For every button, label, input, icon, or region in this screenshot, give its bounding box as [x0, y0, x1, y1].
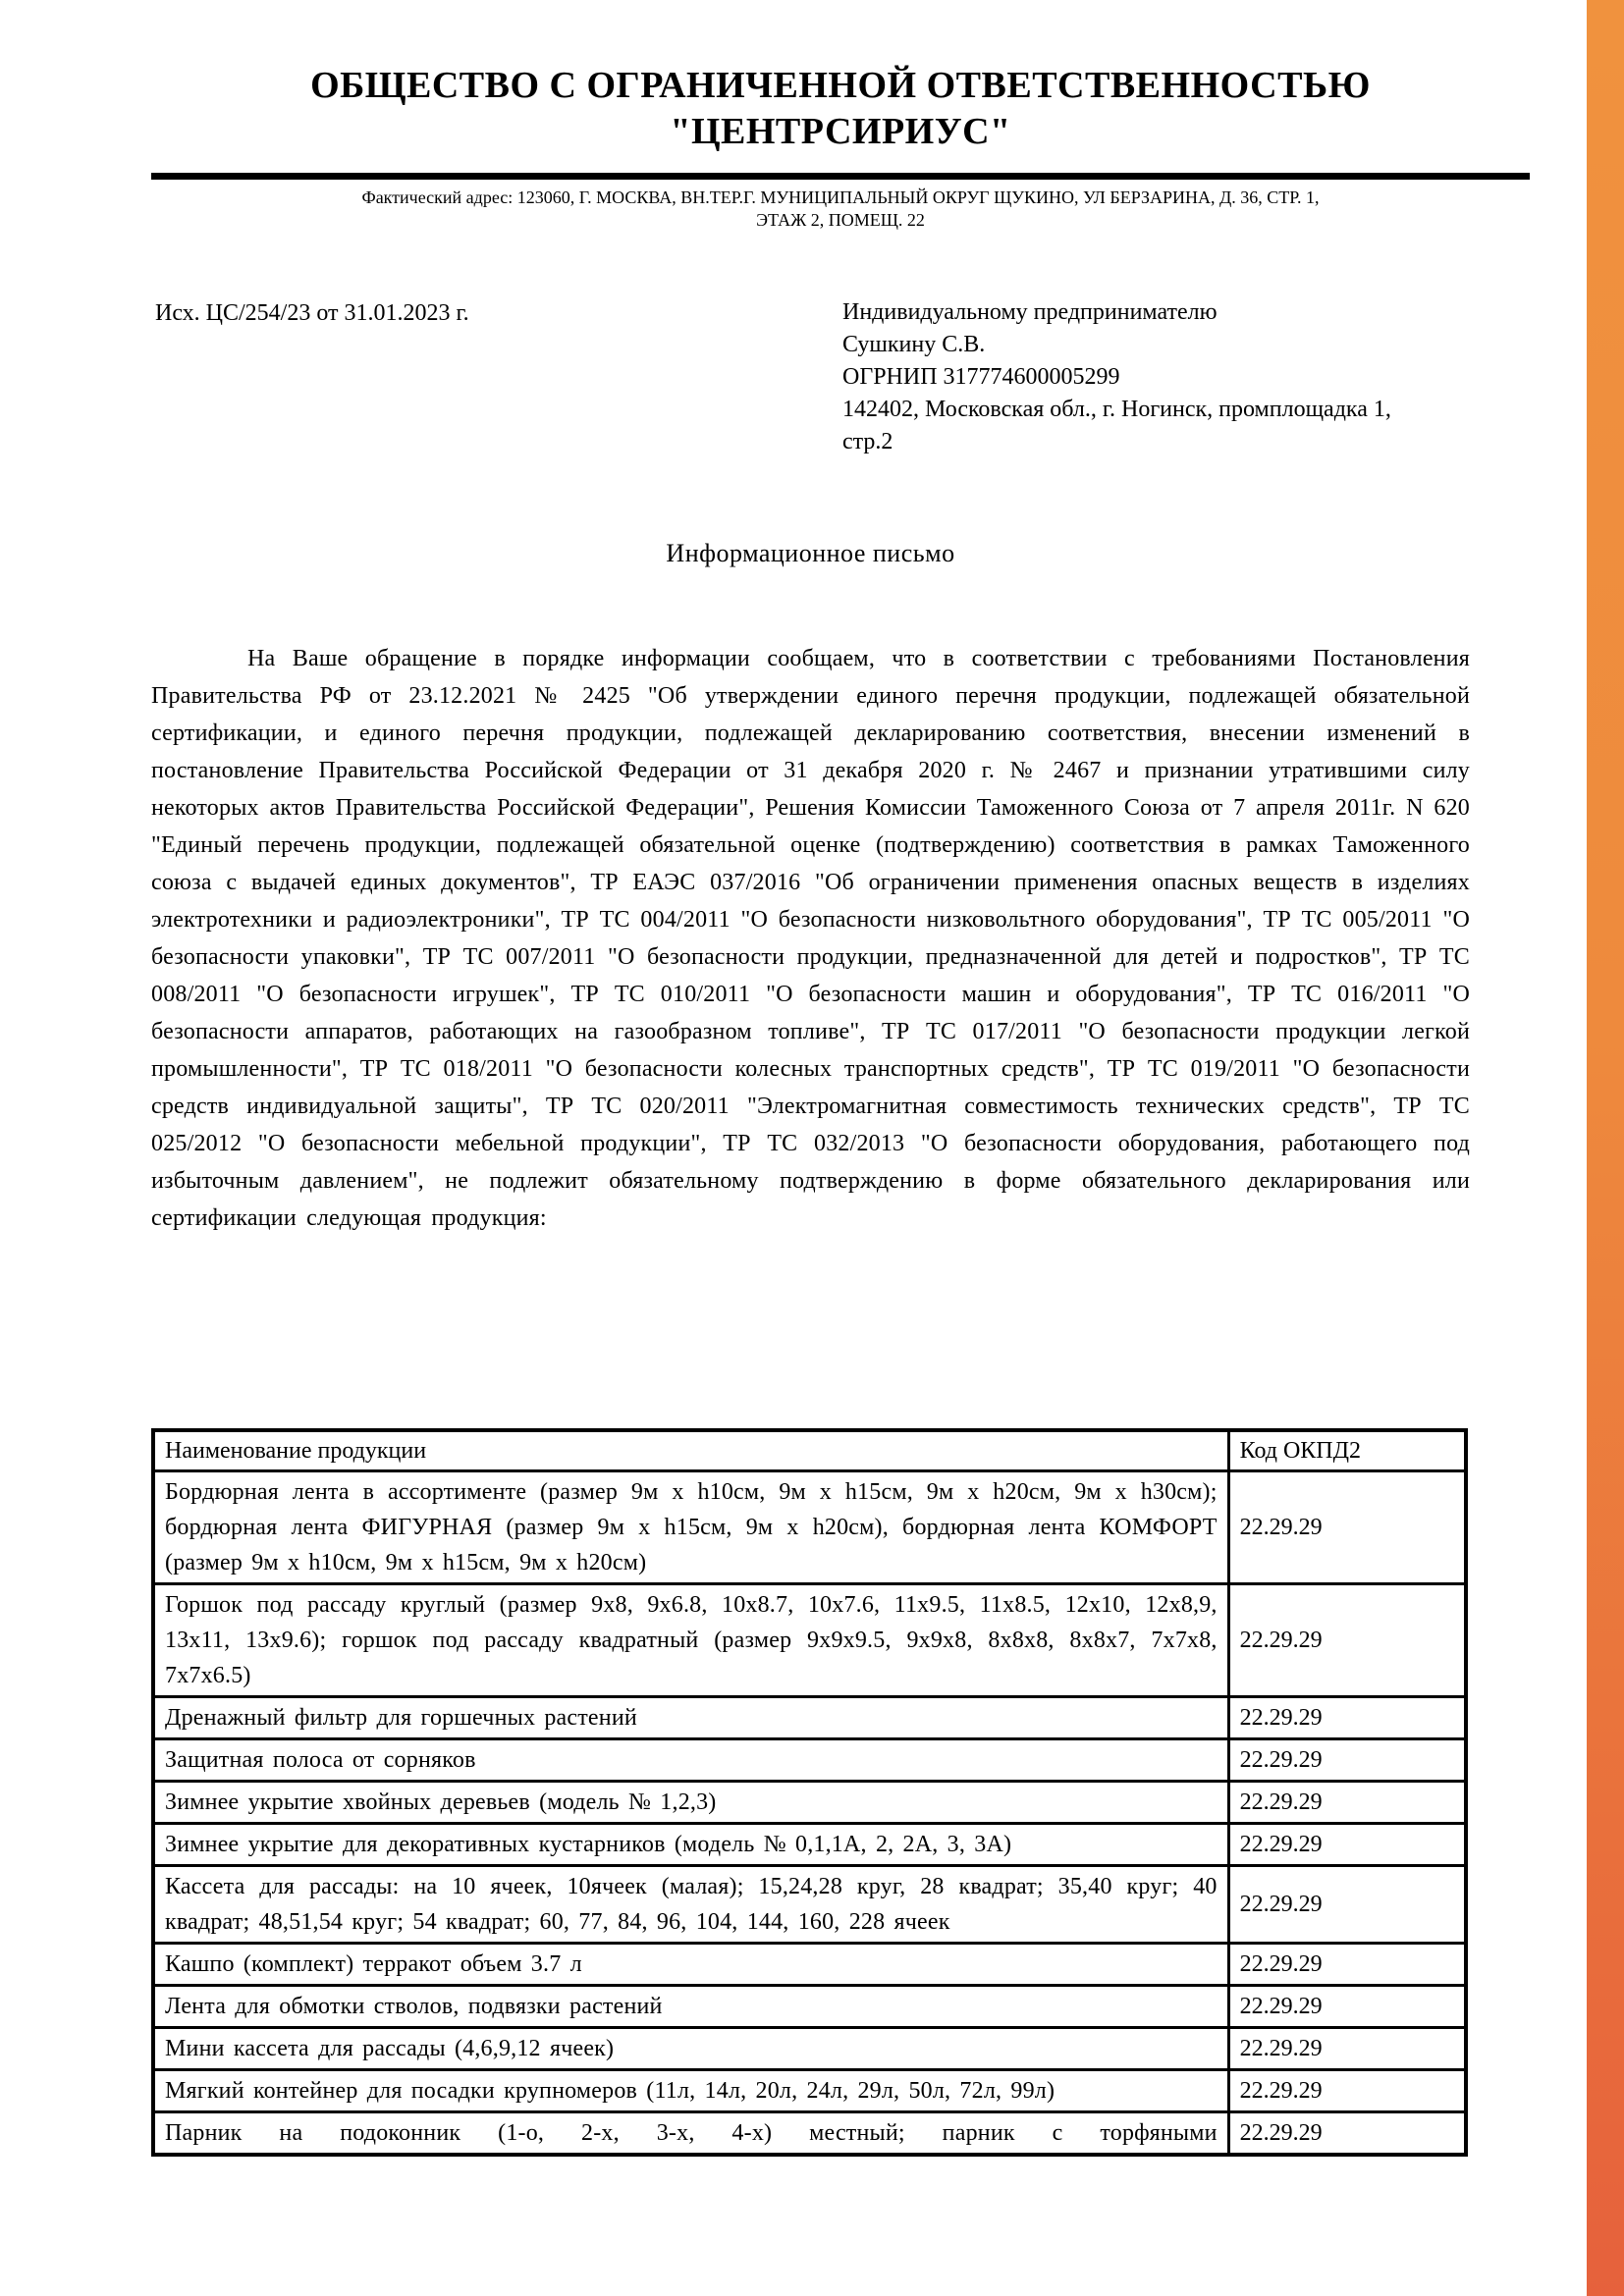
product-name-cell: Мягкий контейнер для посадки крупномеров… — [153, 2070, 1228, 2112]
product-name-cell: Защитная полоса от сорняков — [153, 1739, 1228, 1782]
product-code-cell: 22.29.29 — [1228, 2112, 1466, 2156]
table-row: Защитная полоса от сорняков 22.29.29 — [153, 1739, 1466, 1782]
product-code-cell: 22.29.29 — [1228, 1697, 1466, 1739]
company-name: ОБЩЕСТВО С ОГРАНИЧЕННОЙ ОТВЕТСТВЕННОСТЬЮ… — [151, 63, 1530, 155]
product-code-cell: 22.29.29 — [1228, 1866, 1466, 1944]
product-name-cell: Бордюрная лента в ассортименте (размер 9… — [153, 1471, 1228, 1584]
product-name-cell: Кассета для рассады: на 10 ячеек, 10ячее… — [153, 1866, 1228, 1944]
actual-address: Фактический адрес: 123060, Г. МОСКВА, ВН… — [151, 187, 1530, 232]
table-row: Зимнее укрытие хвойных деревьев (модель … — [153, 1782, 1466, 1824]
table-header-code: Код ОКПД2 — [1228, 1430, 1466, 1471]
table-row: Кашпо (комплект) терракот объем 3.7 л 22… — [153, 1944, 1466, 1986]
product-name-cell: Зимнее укрытие хвойных деревьев (модель … — [153, 1782, 1228, 1824]
table-row: Мягкий контейнер для посадки крупномеров… — [153, 2070, 1466, 2112]
product-code-cell: 22.29.29 — [1228, 1782, 1466, 1824]
products-table: Наименование продукции Код ОКПД2 Бордюрн… — [151, 1428, 1468, 2157]
product-name-cell: Лента для обмотки стволов, подвязки раст… — [153, 1986, 1228, 2028]
company-name-line1: ОБЩЕСТВО С ОГРАНИЧЕННОЙ ОТВЕТСТВЕННОСТЬЮ — [151, 63, 1530, 109]
outgoing-reference: Исх. ЦС/254/23 от 31.01.2023 г. — [155, 300, 469, 327]
product-code-cell: 22.29.29 — [1228, 1584, 1466, 1697]
product-code-cell: 22.29.29 — [1228, 2028, 1466, 2070]
table-row: Кассета для рассады: на 10 ячеек, 10ячее… — [153, 1866, 1466, 1944]
recipient-line: ОГРНИП 317774600005299 — [842, 361, 1476, 394]
company-name-line2: "ЦЕНТРСИРИУС" — [151, 109, 1530, 155]
recipient-line: Сушкину С.В. — [842, 329, 1476, 361]
table-row: Зимнее укрытие для декоративных кустарни… — [153, 1824, 1466, 1866]
recipient-block: Индивидуальному предпринимателю Сушкину … — [842, 296, 1476, 458]
product-name-cell: Зимнее укрытие для декоративных кустарни… — [153, 1824, 1228, 1866]
table-row: Дренажный фильтр для горшечных растений … — [153, 1697, 1466, 1739]
table-row: Горшок под рассаду круглый (размер 9х8, … — [153, 1584, 1466, 1697]
product-code-cell: 22.29.29 — [1228, 1471, 1466, 1584]
product-code-cell: 22.29.29 — [1228, 1824, 1466, 1866]
product-name-cell: Кашпо (комплект) терракот объем 3.7 л — [153, 1944, 1228, 1986]
product-code-cell: 22.29.29 — [1228, 1739, 1466, 1782]
actual-address-line2: ЭТАЖ 2, ПОМЕЩ. 22 — [151, 209, 1530, 232]
product-code-cell: 22.29.29 — [1228, 1986, 1466, 2028]
product-name-cell: Горшок под рассаду круглый (размер 9х8, … — [153, 1584, 1228, 1697]
product-code-cell: 22.29.29 — [1228, 1944, 1466, 1986]
product-name-cell: Дренажный фильтр для горшечных растений — [153, 1697, 1228, 1739]
table-header-row: Наименование продукции Код ОКПД2 — [153, 1430, 1466, 1471]
letter-title: Информационное письмо — [151, 539, 1470, 568]
body-paragraph: На Ваше обращение в порядке информации с… — [151, 640, 1470, 1237]
table-row: Бордюрная лента в ассортименте (размер 9… — [153, 1471, 1466, 1584]
recipient-line: 142402, Московская обл., г. Ногинск, про… — [842, 394, 1476, 426]
actual-address-line1: Фактический адрес: 123060, Г. МОСКВА, ВН… — [151, 187, 1530, 209]
table-row: Парник на подоконник (1-о, 2-х, 3-х, 4-х… — [153, 2112, 1466, 2156]
table-row: Мини кассета для рассады (4,6,9,12 ячеек… — [153, 2028, 1466, 2070]
products-table-body: Бордюрная лента в ассортименте (размер 9… — [153, 1471, 1466, 2156]
product-name-cell: Мини кассета для рассады (4,6,9,12 ячеек… — [153, 2028, 1228, 2070]
recipient-line: Индивидуальному предпринимателю — [842, 296, 1476, 329]
document-page: ОБЩЕСТВО С ОГРАНИЧЕННОЙ ОТВЕТСТВЕННОСТЬЮ… — [0, 0, 1624, 2296]
accent-sidebar — [1587, 0, 1624, 2296]
header-divider — [151, 173, 1530, 180]
table-row: Лента для обмотки стволов, подвязки раст… — [153, 1986, 1466, 2028]
table-header-name: Наименование продукции — [153, 1430, 1228, 1471]
product-name-cell: Парник на подоконник (1-о, 2-х, 3-х, 4-х… — [153, 2112, 1228, 2156]
recipient-line: стр.2 — [842, 426, 1476, 458]
product-code-cell: 22.29.29 — [1228, 2070, 1466, 2112]
